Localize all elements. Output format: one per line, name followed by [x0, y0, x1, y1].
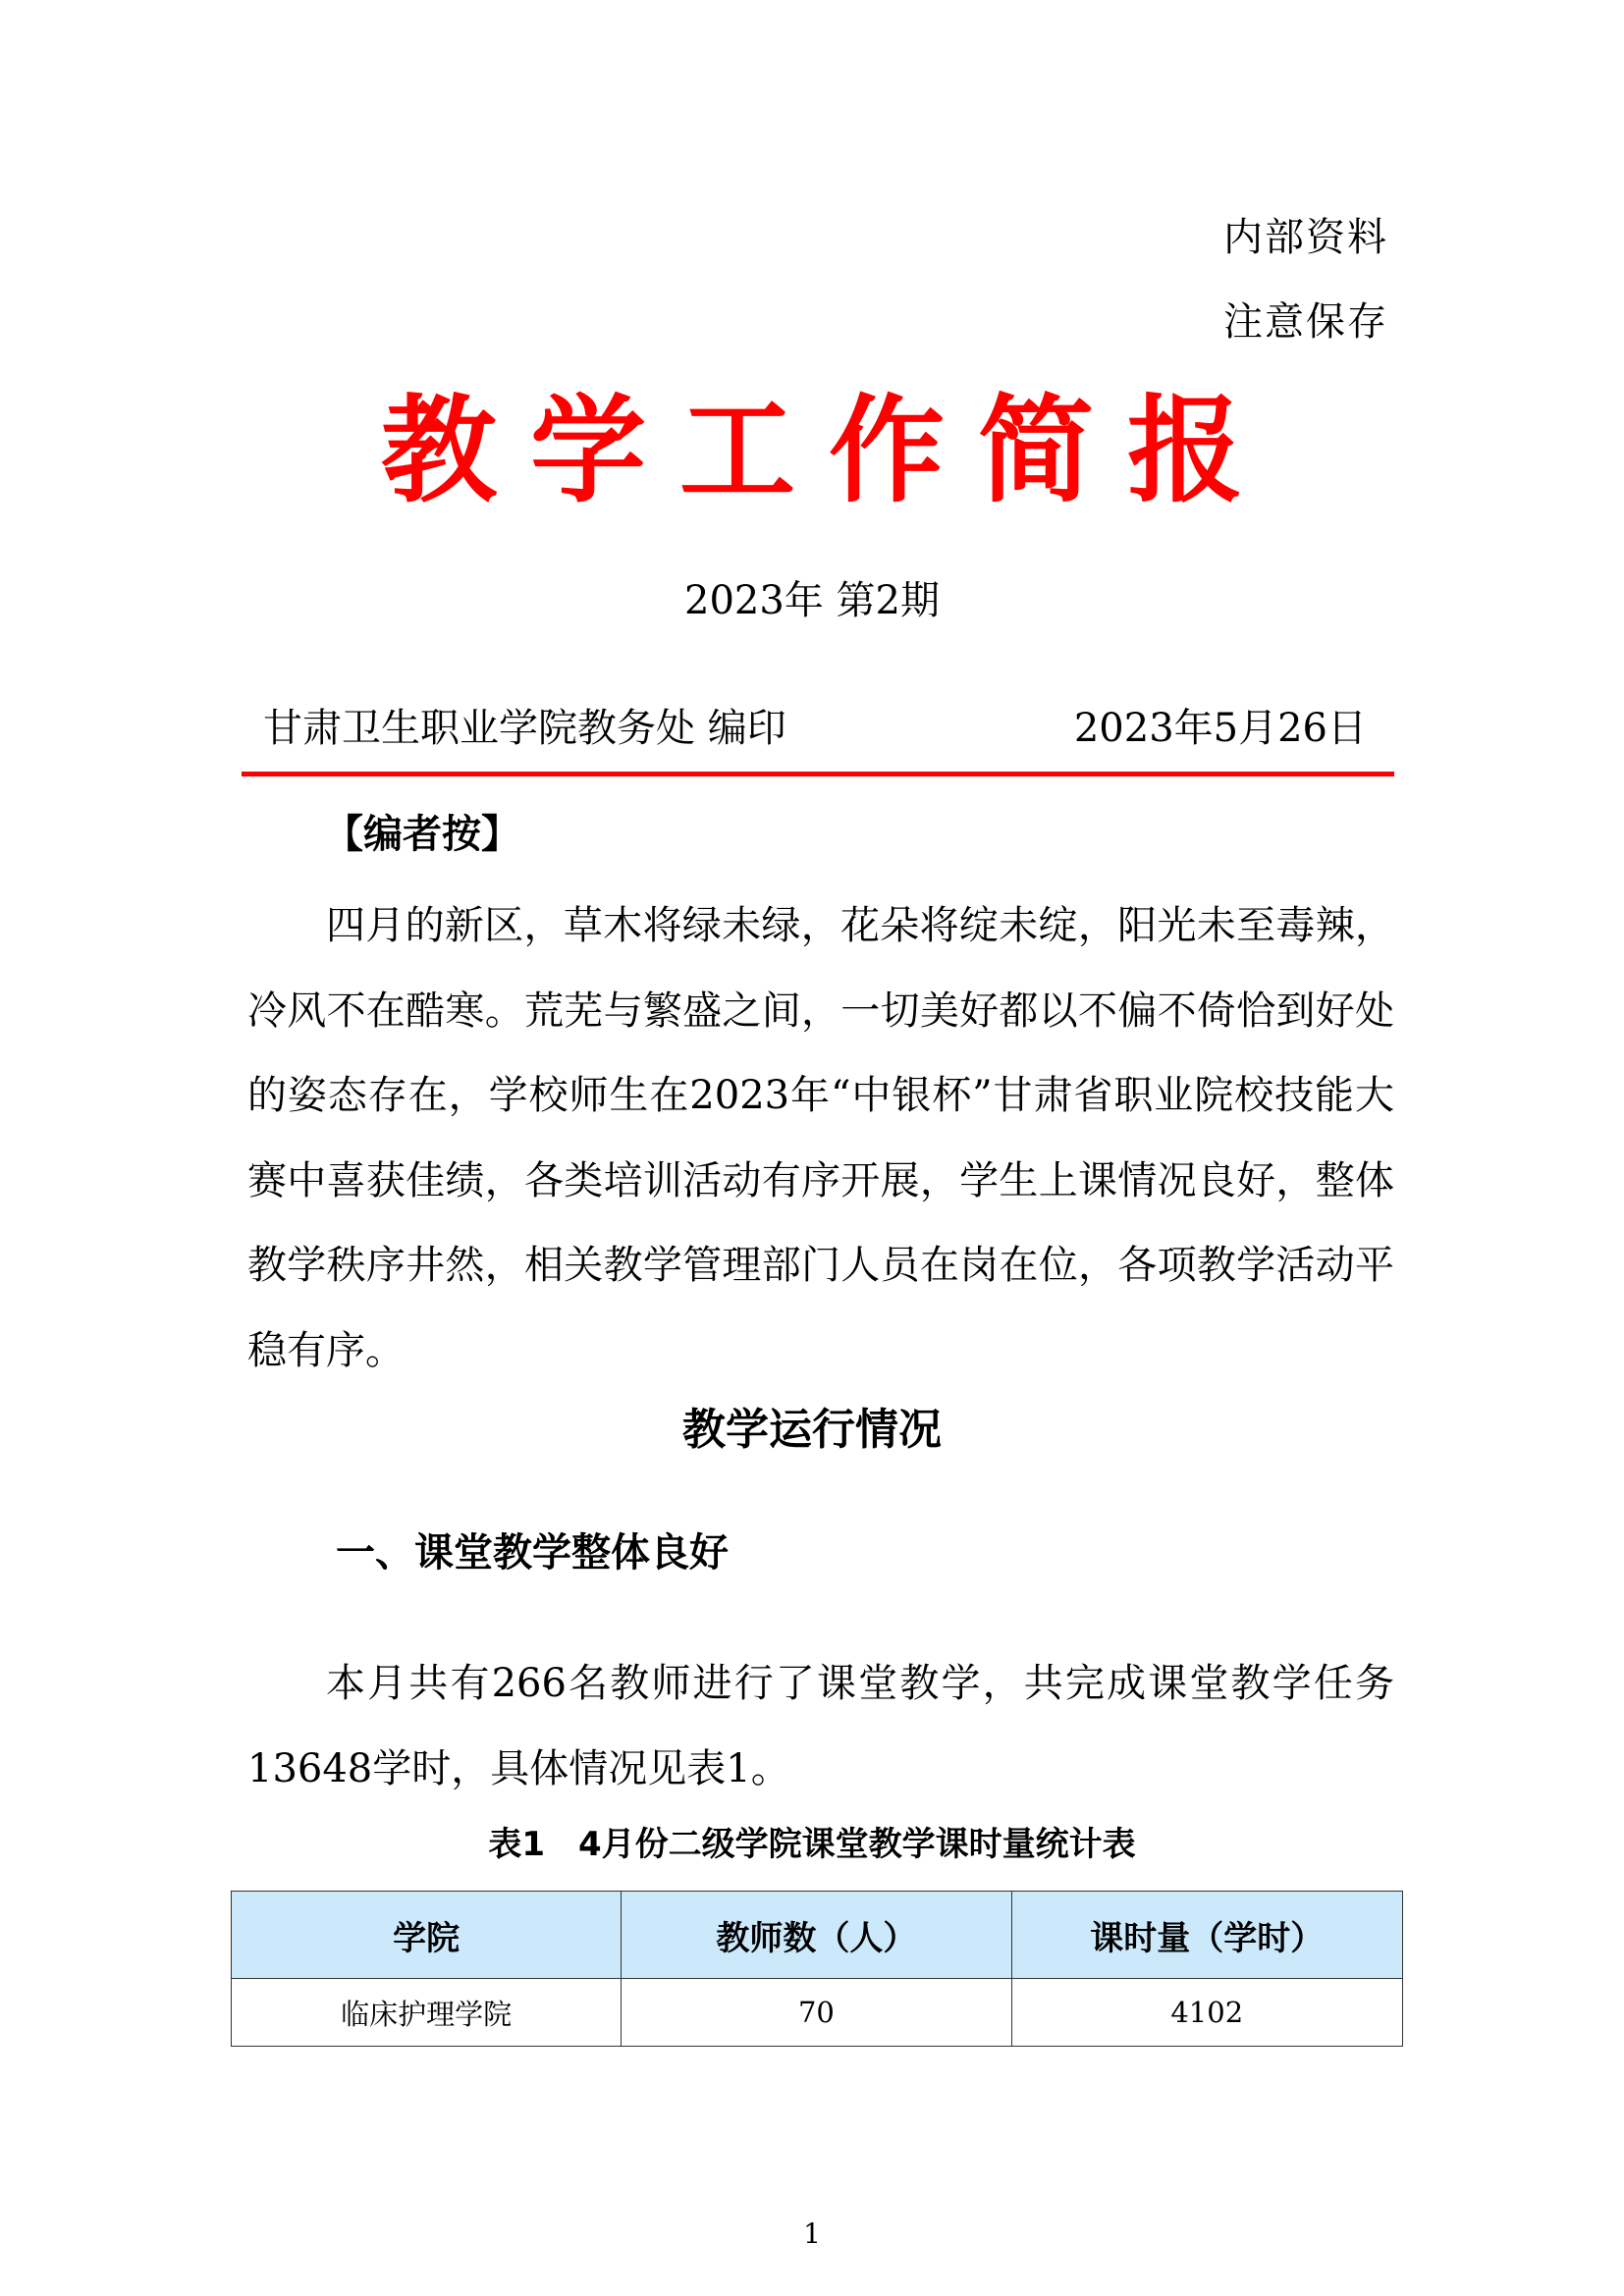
column-header-college: 学院 — [232, 1892, 622, 1979]
cell-hours: 4102 — [1011, 1979, 1402, 2047]
section-title: 教学运行情况 — [0, 1409, 1624, 1452]
cell-college: 临床护理学院 — [232, 1979, 622, 2047]
table-caption: 表1 4月份二级学院课堂教学课时量统计表 — [0, 1828, 1624, 1861]
red-divider — [242, 772, 1394, 776]
editor-note-label: 【编者按】 — [324, 815, 520, 854]
classification-label: 内部资料 — [1223, 218, 1388, 257]
table-row: 临床护理学院 70 4102 — [232, 1979, 1403, 2047]
retention-label: 注意保存 — [1223, 302, 1388, 342]
column-header-hours: 课时量（学时） — [1011, 1892, 1402, 1979]
publisher: 甘肃卫生职业学院教务处 编印 — [263, 709, 786, 748]
subsection-title: 一、课堂教学整体良好 — [336, 1533, 729, 1573]
editor-note-paragraph: 四月的新区，草木将绿未绿，花朵将绽未绽，阳光未至毒辣，冷风不在酷寒。荒芜与繁盛之… — [247, 883, 1394, 1393]
issue-number: 2023年 第2期 — [0, 581, 1624, 620]
table-header-row: 学院 教师数（人） 课时量（学时） — [232, 1892, 1403, 1979]
cell-teachers: 70 — [622, 1979, 1011, 2047]
masthead-title: 教学工作简报 — [0, 393, 1624, 508]
page-number: 1 — [0, 2220, 1624, 2248]
body-paragraph: 本月共有266名教师进行了课堂教学，共完成课堂教学任务13648学时，具体情况见… — [247, 1641, 1394, 1811]
teaching-hours-table: 学院 教师数（人） 课时量（学时） 临床护理学院 70 4102 — [231, 1891, 1403, 2047]
column-header-teachers: 教师数（人） — [622, 1892, 1011, 1979]
publish-date: 2023年5月26日 — [1074, 709, 1367, 748]
